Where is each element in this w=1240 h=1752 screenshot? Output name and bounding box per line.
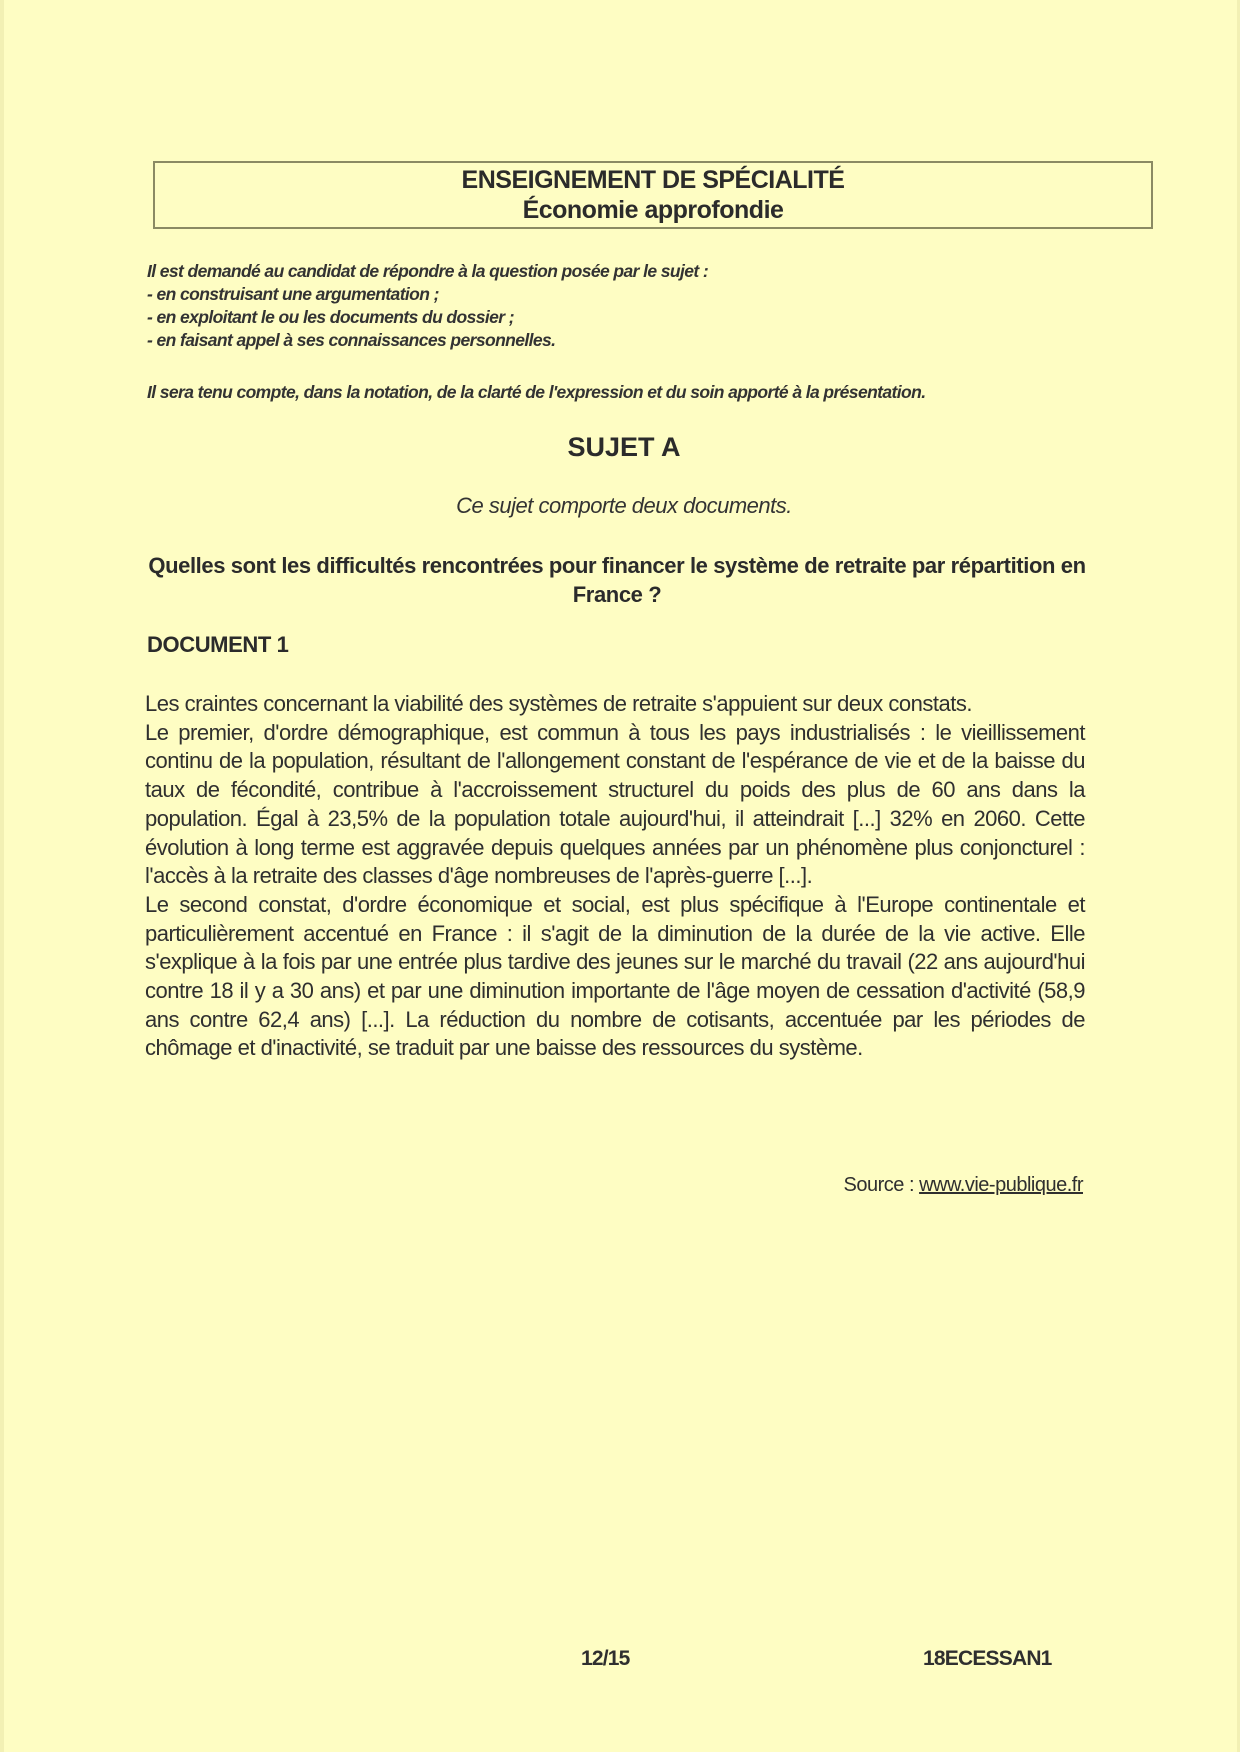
document-body: Les craintes concernant la viabilité des… (145, 690, 1085, 1063)
subject-question: Quelles sont les difficultés rencontrées… (147, 551, 1087, 609)
source-link[interactable]: www.vie-publique.fr (919, 1174, 1083, 1196)
header-title: ENSEIGNEMENT DE SPÉCIALITÉ (155, 166, 1151, 195)
source-label: Source : (844, 1174, 920, 1196)
document-paragraph: Le second constat, d'ordre économique et… (145, 891, 1085, 1063)
instruction-item: - en exploitant le ou les documents du d… (147, 306, 1107, 329)
document-paragraph: Le premier, d'ordre démographique, est c… (145, 719, 1085, 891)
instruction-item: - en construisant une argumentation ; (147, 283, 1107, 306)
grading-note: Il sera tenu compte, dans la notation, d… (147, 382, 1107, 403)
exam-code: 18ECESSAN1 (923, 1647, 1052, 1671)
subject-subtitle: Ce sujet comporte deux documents. (0, 493, 1240, 519)
document-paragraph: Les craintes concernant la viabilité des… (145, 690, 1085, 719)
header-box: ENSEIGNEMENT DE SPÉCIALITÉ Économie appr… (153, 161, 1153, 229)
document-label: DOCUMENT 1 (147, 632, 288, 658)
header-subtitle: Économie approfondie (155, 196, 1151, 225)
instructions-intro: Il est demandé au candidat de répondre à… (147, 260, 1107, 283)
instructions: Il est demandé au candidat de répondre à… (147, 260, 1107, 352)
subject-title: SUJET A (0, 432, 1240, 463)
document-source: Source : www.vie-publique.fr (844, 1174, 1083, 1197)
instruction-item: - en faisant appel à ses connaissances p… (147, 329, 1107, 352)
page-number: 12/15 (581, 1647, 630, 1671)
